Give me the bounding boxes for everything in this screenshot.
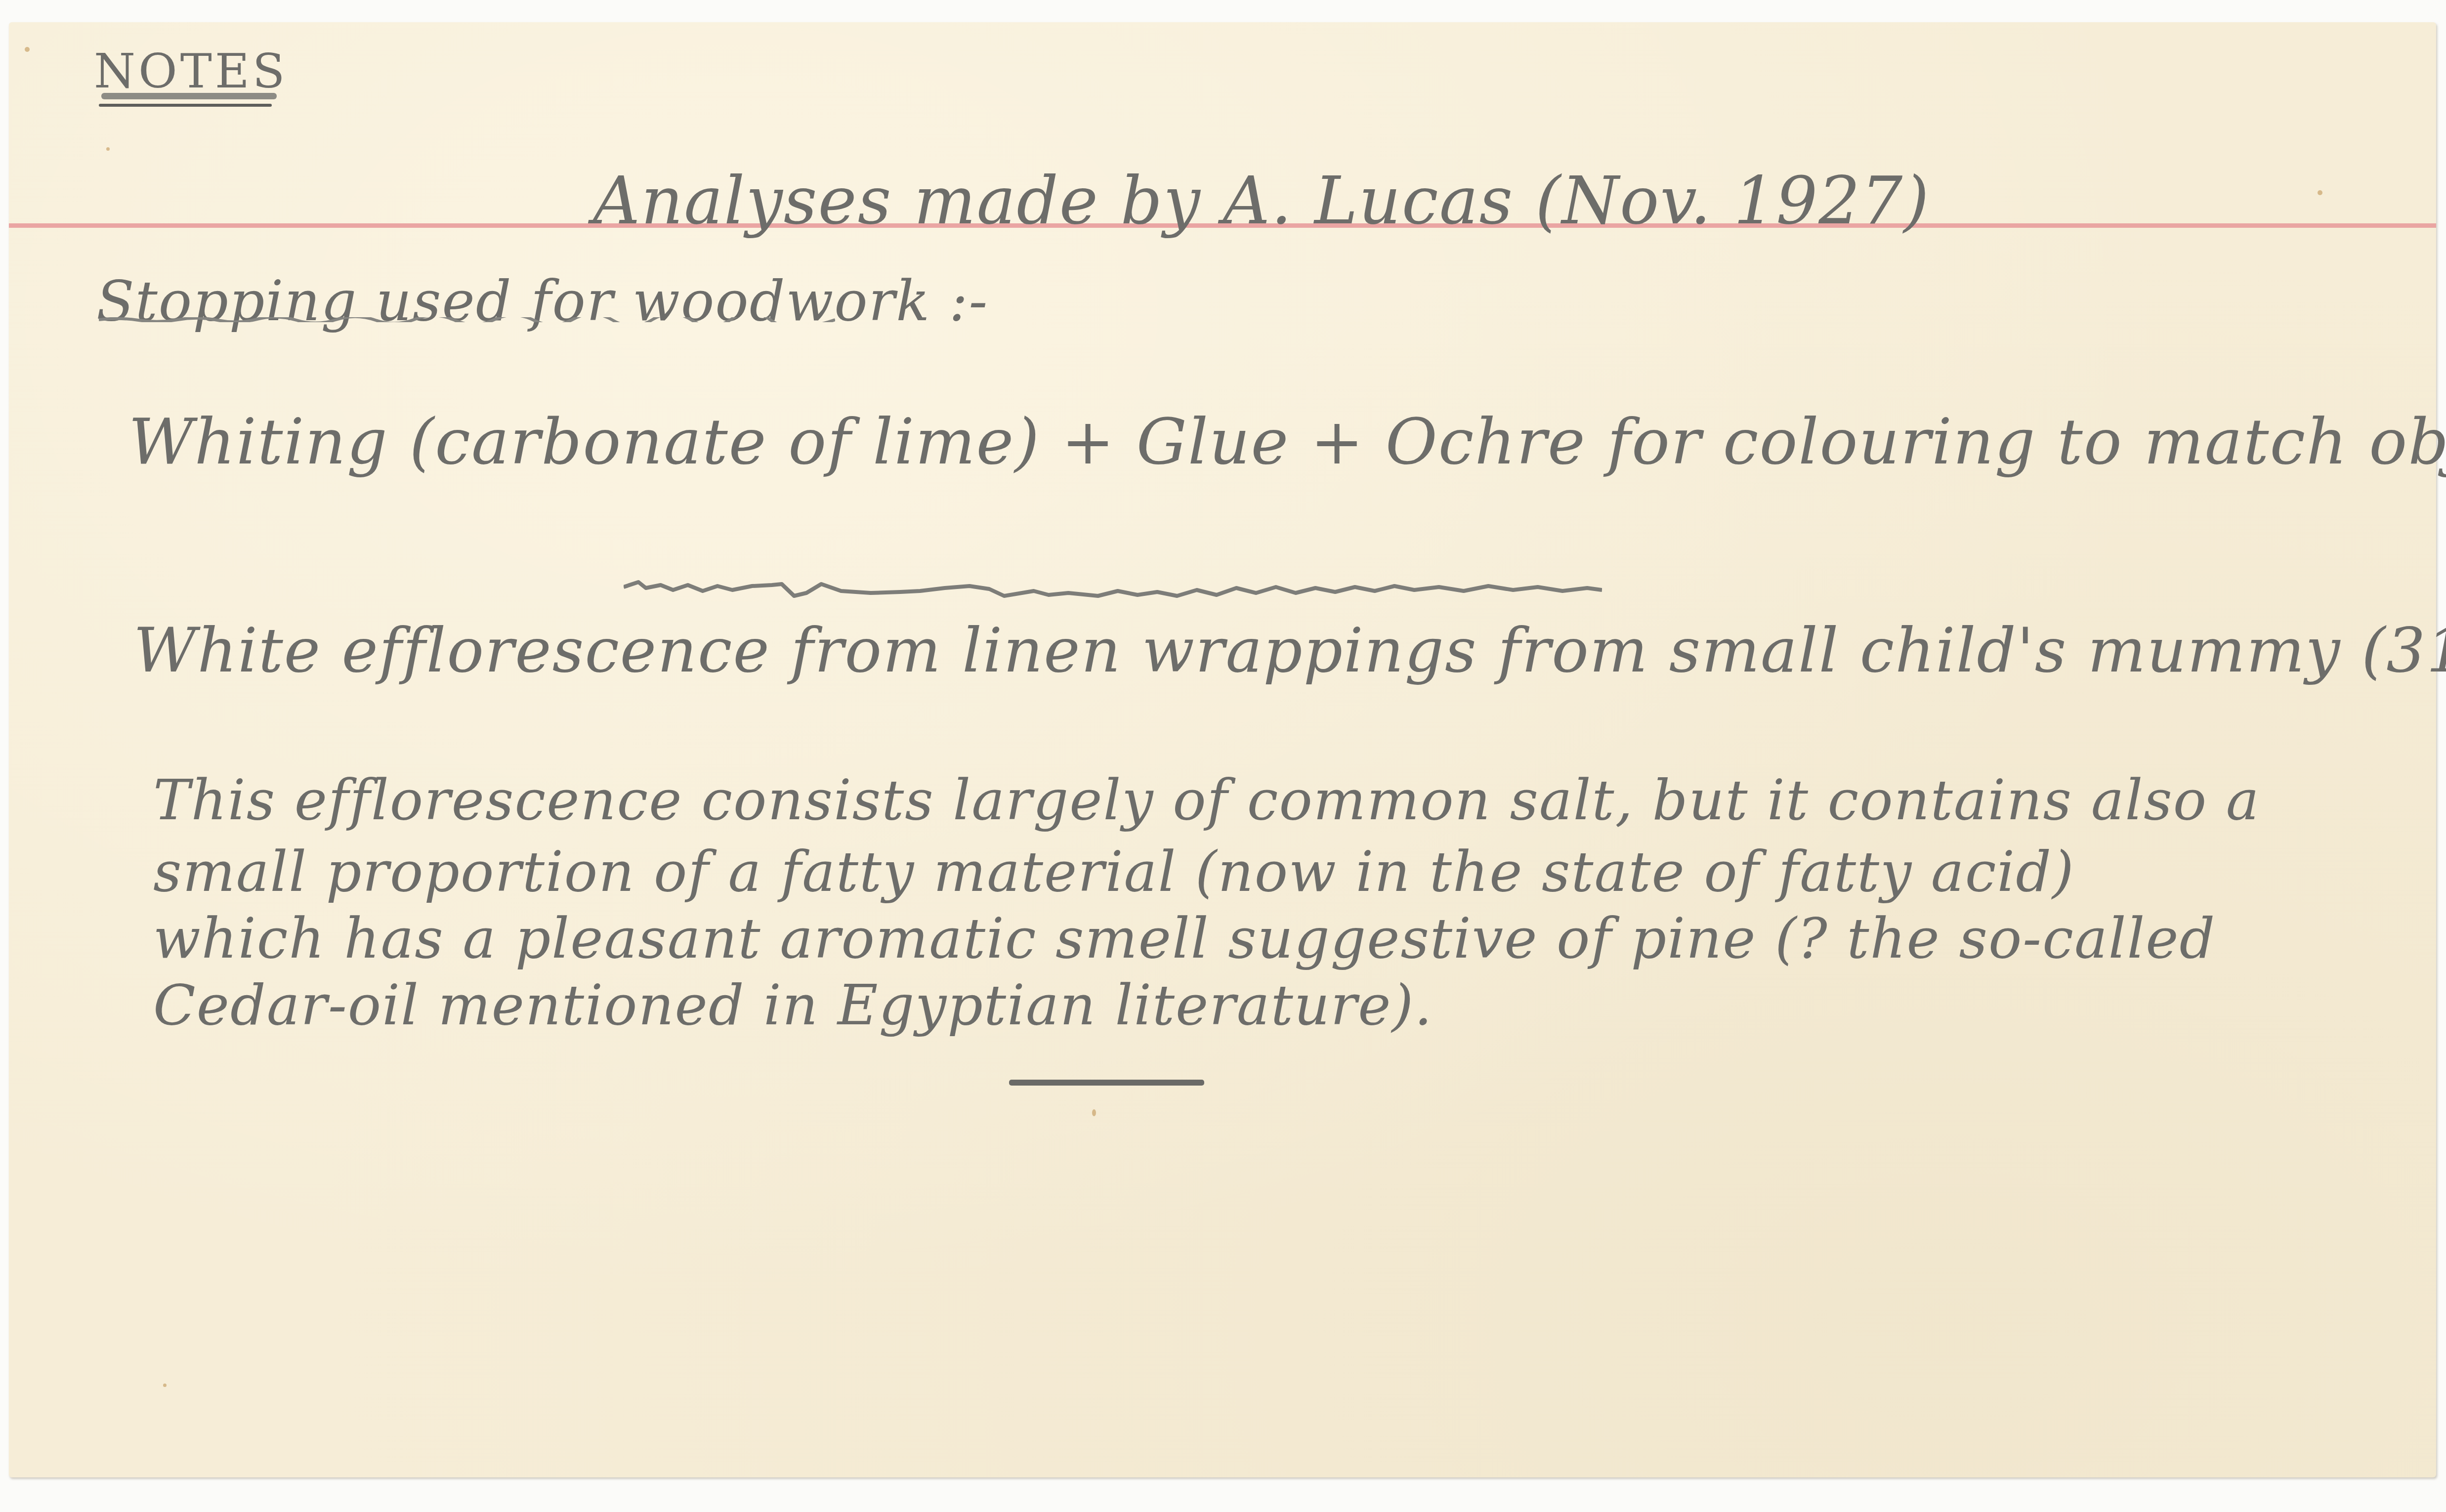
stopping-recipe: Whiting (carbonate of lime) + Glue + Och… <box>128 405 2446 479</box>
wavy-separator <box>624 573 1602 598</box>
foxing-spot <box>25 47 30 52</box>
end-separator <box>1009 1080 1204 1086</box>
wavy-underline <box>99 317 835 322</box>
paragraph-line: small proportion of a fatty material (no… <box>153 840 2075 904</box>
foxing-spot <box>106 147 110 151</box>
foxing-spot <box>163 1384 167 1387</box>
foxing-spot <box>2318 190 2322 195</box>
paragraph-line: Cedar-oil mentioned in Egyptian literatu… <box>153 973 1433 1038</box>
index-card <box>9 22 2436 1477</box>
heading-underline <box>99 104 272 107</box>
heading-underline <box>101 93 277 99</box>
foxing-spot <box>1092 1109 1096 1116</box>
notes-heading: NOTES <box>94 43 288 99</box>
card-title: Analyses made by A. Lucas (Nov. 1927) <box>593 163 1930 239</box>
section-subheading: Stopping used for woodwork :- <box>96 269 988 334</box>
paragraph-line: This efflorescence consists largely of c… <box>153 768 2260 833</box>
paragraph-line: which has a pleasant aromatic smell sugg… <box>153 907 2216 971</box>
efflorescence-heading: White efflorescence from linen wrappings… <box>133 615 2446 686</box>
